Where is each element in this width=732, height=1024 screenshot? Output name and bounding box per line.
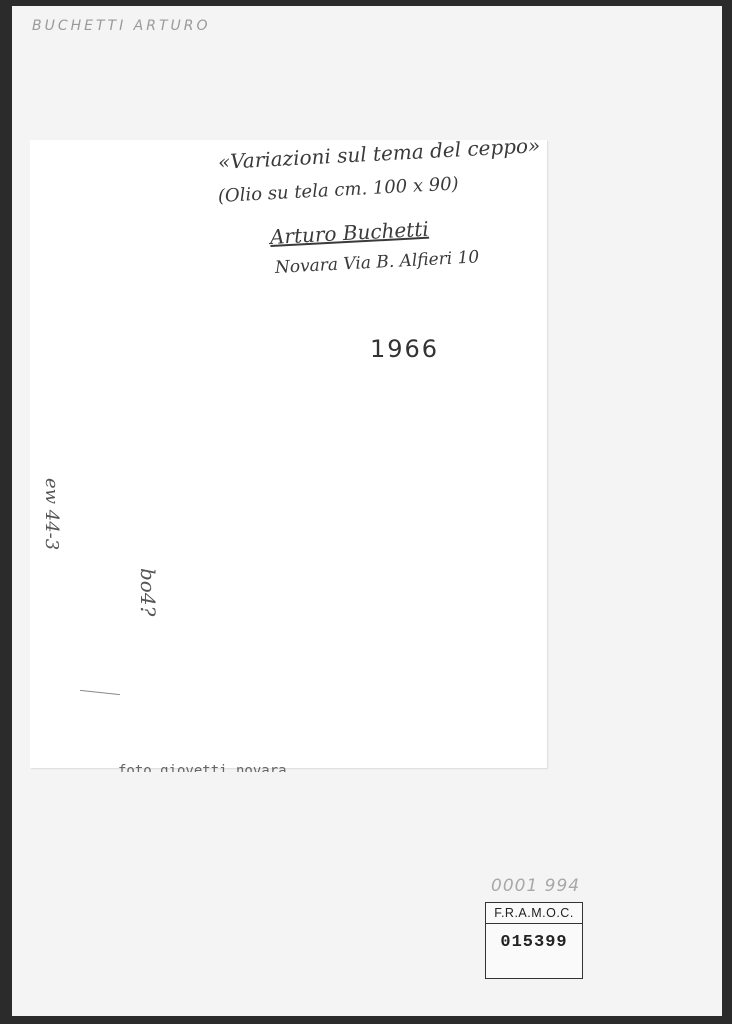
margin-note-vertical: ew 44-3 bbox=[41, 478, 62, 550]
archive-stamp: F.R.A.M.O.C. 015399 bbox=[485, 902, 583, 979]
inventory-number-pencil: 0001 994 bbox=[491, 876, 580, 896]
archive-number: 015399 bbox=[486, 933, 582, 952]
photographer-stamp: foto giovetti novara bbox=[118, 760, 287, 772]
margin-note-vertical-2: bo4? bbox=[136, 568, 160, 616]
archive-institution: F.R.A.M.O.C. bbox=[486, 903, 582, 924]
artwork-year: 1966 bbox=[370, 335, 439, 363]
artist-name-pencil: BUCHETTI ARTURO bbox=[32, 18, 211, 34]
